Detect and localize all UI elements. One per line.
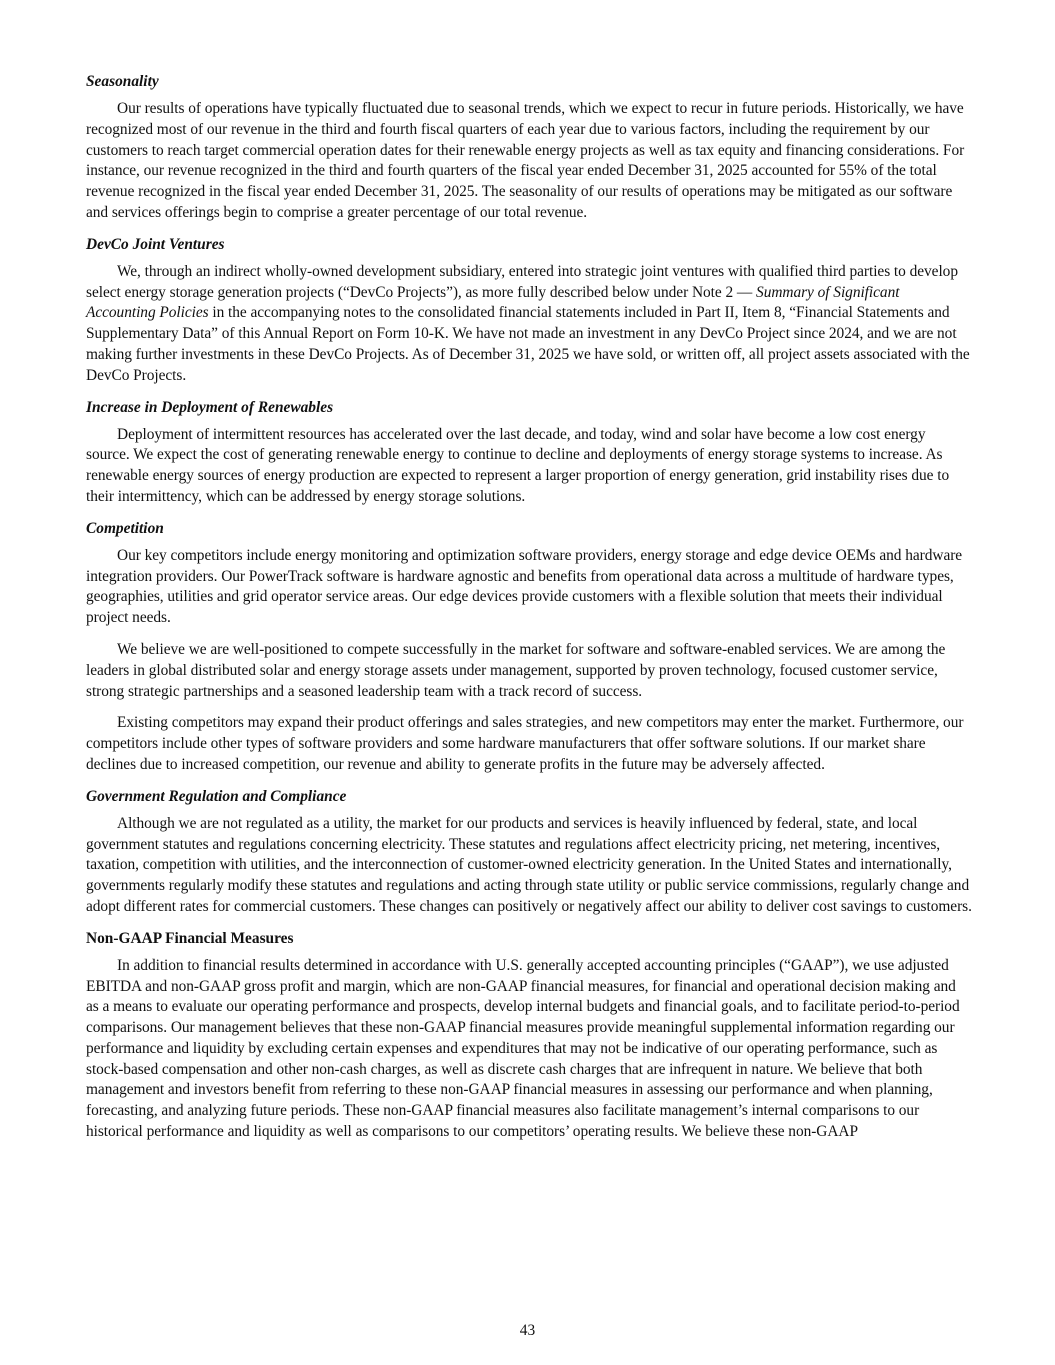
section-heading-government-regulation: Government Regulation and Compliance [86, 787, 972, 807]
section-non-gaap-financial-measures: Non-GAAP Financial Measures In addition … [86, 929, 972, 1143]
section-heading-competition: Competition [86, 519, 972, 539]
paragraph: We believe we are well-positioned to com… [86, 640, 972, 702]
section-heading-non-gaap: Non-GAAP Financial Measures [86, 929, 972, 949]
section-government-regulation: Government Regulation and Compliance Alt… [86, 787, 972, 918]
section-seasonality: Seasonality Our results of operations ha… [86, 72, 972, 224]
paragraph: Existing competitors may expand their pr… [86, 713, 972, 775]
document-page: Seasonality Our results of operations ha… [86, 72, 972, 1154]
section-heading-devco-joint-ventures: DevCo Joint Ventures [86, 235, 972, 255]
section-increase-in-deployment-of-renewables: Increase in Deployment of Renewables Dep… [86, 398, 972, 508]
paragraph-text: in the accompanying notes to the consoli… [86, 304, 970, 383]
paragraph: Although we are not regulated as a utili… [86, 814, 972, 918]
paragraph: In addition to financial results determi… [86, 956, 972, 1143]
section-competition: Competition Our key competitors include … [86, 519, 972, 776]
paragraph: Our results of operations have typically… [86, 99, 972, 224]
paragraph: Deployment of intermittent resources has… [86, 425, 972, 508]
section-devco-joint-ventures: DevCo Joint Ventures We, through an indi… [86, 235, 972, 387]
paragraph: Our key competitors include energy monit… [86, 546, 972, 629]
page-number: 43 [0, 1322, 1055, 1340]
paragraph: We, through an indirect wholly-owned dev… [86, 262, 972, 387]
section-heading-renewables: Increase in Deployment of Renewables [86, 398, 972, 418]
section-heading-seasonality: Seasonality [86, 72, 972, 92]
